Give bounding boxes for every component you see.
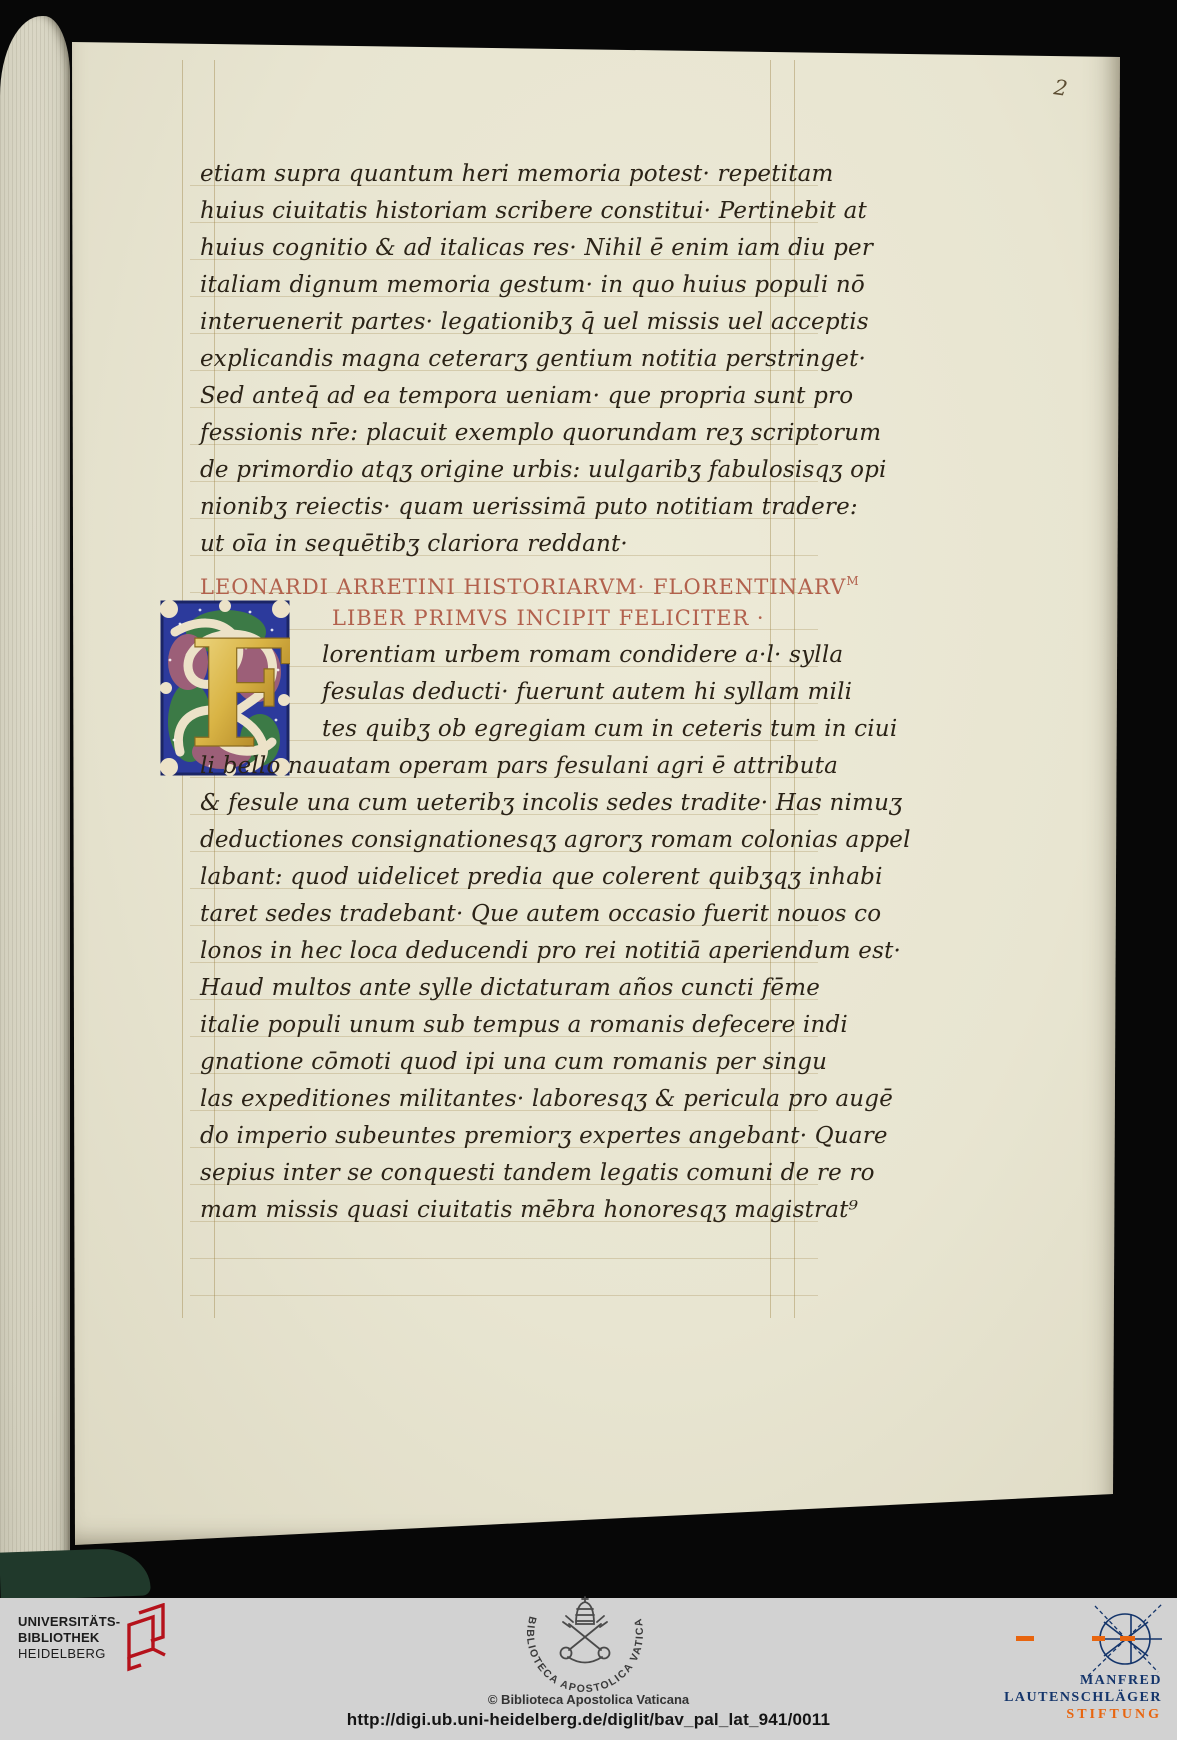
manuscript-line: ut oīa in sequētibʒ clariora reddant·	[200, 526, 860, 563]
folio-number: 2	[1052, 75, 1069, 101]
manuscript-line: explicandis magna ceterarʒ gentium notit…	[200, 341, 860, 378]
ub-book-icon	[118, 1603, 172, 1680]
ub-heidelberg-logo: UNIVERSITÄTS- BIBLIOTHEK HEIDELBERG	[18, 1614, 120, 1662]
manuscript-line: deductiones consignationesqʒ agrorʒ roma…	[200, 822, 860, 859]
manuscript-line: las expeditiones militantes· laboresqʒ &…	[200, 1081, 860, 1118]
manuscript-line: huius ciuitatis historiam scribere const…	[200, 193, 860, 230]
ub-logo-line1: UNIVERSITÄTS-	[18, 1614, 120, 1630]
manuscript-line: lorentiam urbem romam condidere a·l· syl…	[200, 637, 860, 674]
manuscript-line: interuenerit partes· legationibʒ q̄ uel …	[200, 304, 860, 341]
manuscript-line: sepius inter se conquesti tandem legatis…	[200, 1155, 860, 1192]
ub-logo-line3: HEIDELBERG	[18, 1646, 120, 1662]
manuscript-line: etiam supra quantum heri memoria potest·…	[200, 156, 860, 193]
quire-signature: a2	[1016, 1500, 1039, 1522]
rubric-incipit: LIBER PRIMVS INCIPIT FELICITER ·	[200, 600, 860, 637]
manuscript-line: tes quibʒ ob egregiam cum in ceteris tum…	[200, 711, 860, 748]
ml-logo-line3: STIFTUNG	[1004, 1706, 1162, 1723]
manuscript-line: italie populi unum sub tempus a romanis …	[200, 1007, 860, 1044]
source-url: http://digi.ub.uni-heidelberg.de/diglit/…	[0, 1710, 1177, 1730]
vatican-emblem-icon: BIBLIOTECA APOSTOLICA VATICANA	[505, 1594, 665, 1699]
ml-stiftung-logo: MANFRED LAUTENSCHLÄGER STIFTUNG	[1004, 1672, 1162, 1723]
book-fore-edge	[0, 16, 70, 1560]
manuscript-line: mam missis quasi ciuitatis mēbra honores…	[200, 1192, 860, 1229]
manuscript-line: fessionis nr̄e: placuit exemplo quorunda…	[200, 415, 860, 452]
manuscript-line: fesulas deducti· fuerunt autem hi syllam…	[200, 674, 860, 711]
rubric-title: LEONARDI ARRETINI HISTORIARVM· FLORENTIN…	[200, 563, 860, 600]
manuscript-line: lonos in hec loca deducendi pro rei noti…	[200, 933, 860, 970]
ml-logo-line2: LAUTENSCHLÄGER	[1004, 1689, 1162, 1706]
manuscript-line: & fesule una cum ueteribʒ incolis sedes …	[200, 785, 860, 822]
manuscript-line: huius cognitio & ad italicas res· Nihil …	[200, 230, 860, 267]
manuscript-line: italiam dignum memoria gestum· in quo hu…	[200, 267, 860, 304]
manuscript-line: gnatione cōmoti quod ipi una cum romanis…	[200, 1044, 860, 1081]
manuscript-line: Haud multos ante sylle dictaturam años c…	[200, 970, 860, 1007]
scan-viewport: 2 a2	[0, 0, 1177, 1740]
vatican-copyright: © Biblioteca Apostolica Vaticana	[0, 1692, 1177, 1707]
ub-logo-line2: BIBLIOTHEK	[18, 1630, 120, 1646]
rubric-superscript: M	[846, 574, 858, 588]
manuscript-line: taret sedes tradebant· Que autem occasio…	[200, 896, 860, 933]
manuscript-page: 2 a2	[72, 12, 1122, 1547]
manuscript-line: do imperio subeuntes premiorʒ expertes a…	[200, 1118, 860, 1155]
ink-dot	[1061, 1501, 1068, 1508]
book-binding	[0, 1547, 151, 1600]
manuscript-line: nionibʒ reiectis· quam uerissimā puto no…	[200, 489, 860, 526]
rubric-title-text: LEONARDI ARRETINI HISTORIARVM· FLORENTIN…	[200, 575, 846, 599]
text-column: etiam supra quantum heri memoria potest·…	[200, 156, 860, 1229]
manuscript-line: Sed anteq̄ ad ea tempora ueniam· que pro…	[200, 378, 860, 415]
ml-logo-line1: MANFRED	[1004, 1672, 1162, 1689]
manuscript-line: de primordio atqʒ origine urbis: uulgari…	[200, 452, 860, 489]
manuscript-line: labant: quod uidelicet predia que colere…	[200, 859, 860, 896]
manuscript-line: li bello nauatam operam pars fesulani ag…	[200, 748, 860, 785]
